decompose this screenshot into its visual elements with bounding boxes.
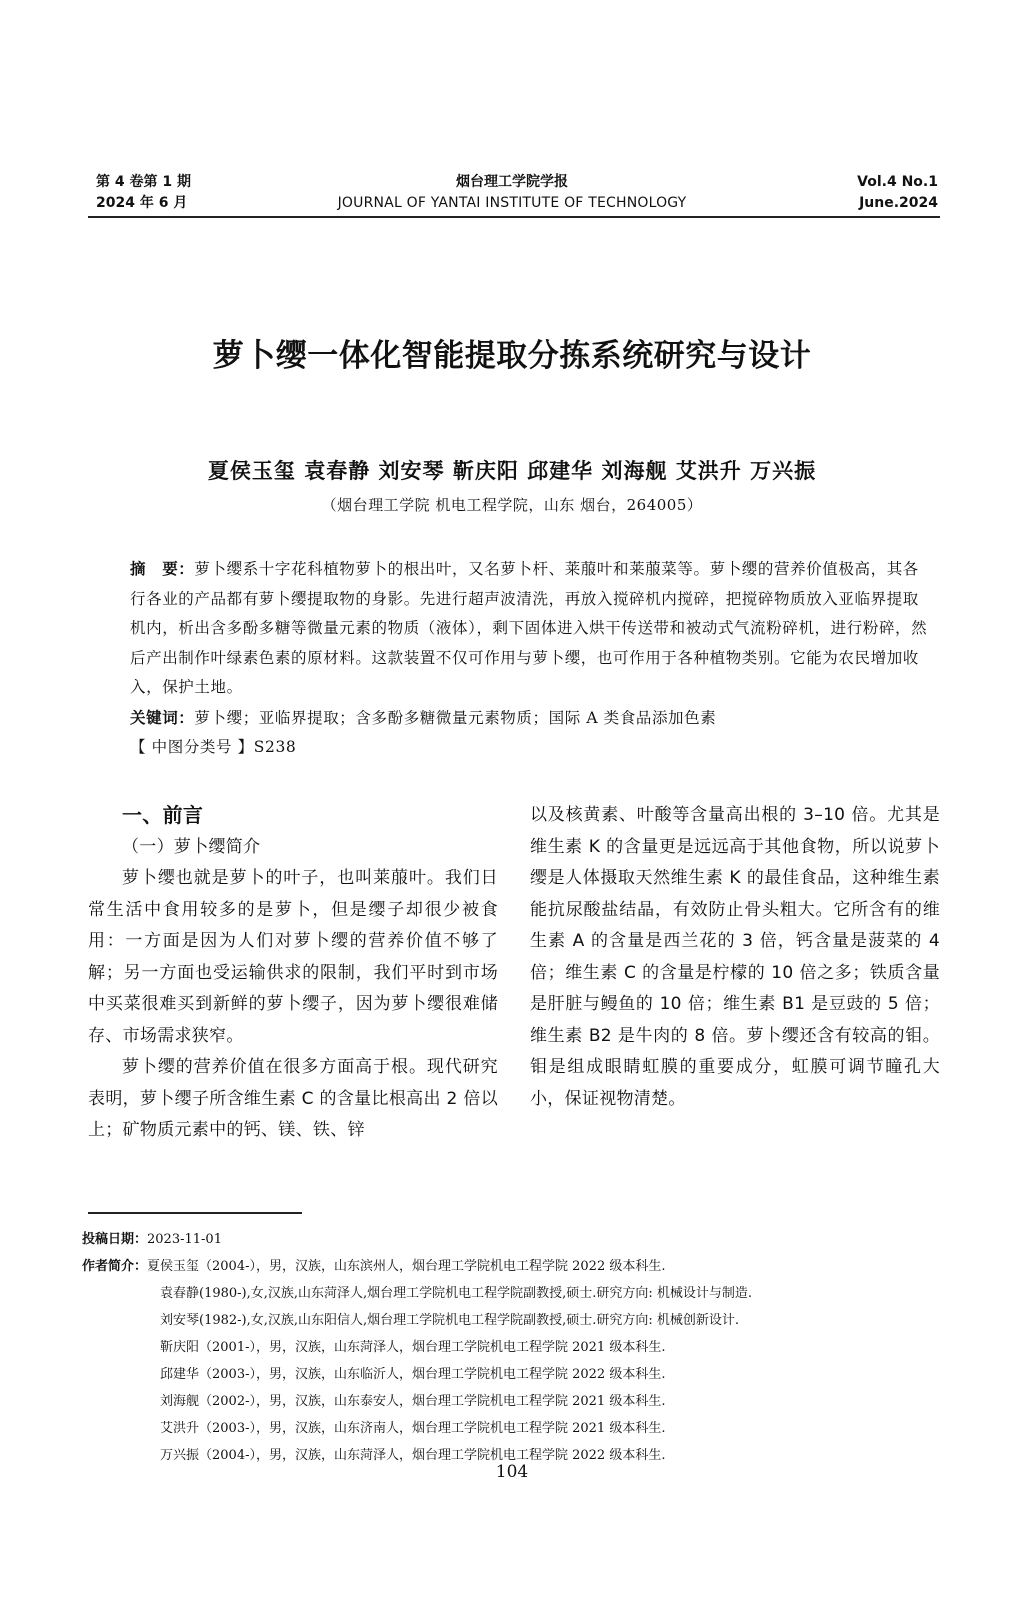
body-column-right: 以及核黄素、叶酸等含量高出根的 3–10 倍。尤其是维生素 K 的含量更是远远高…	[530, 800, 940, 1115]
header-right: Vol.4 No.1 June.2024	[857, 172, 938, 214]
keywords-label: 关键词：	[130, 708, 194, 727]
journal-name-cn: 烟台理工学院学报	[300, 172, 724, 193]
abstract-text: 萝卜缨系十字花科植物萝卜的根出叶，又名萝卜杆、莱菔叶和莱菔菜等。萝卜缨的营养价值…	[130, 560, 927, 696]
bio-entry: 刘海舰（2002-），男，汉族，山东泰安人，烟台理工学院机电工程学院 2021 …	[82, 1388, 962, 1415]
header-date-en: June.2024	[857, 193, 938, 214]
header-volume-en: Vol.4 No.1	[857, 172, 938, 193]
body-paragraph-continued: 以及核黄素、叶酸等含量高出根的 3–10 倍。尤其是维生素 K 的含量更是远远高…	[530, 800, 940, 1115]
bio-label: 作者简介：	[82, 1259, 147, 1274]
author-list: 夏侯玉玺 袁春静 刘安琴 靳庆阳 邱建华 刘海舰 艾洪升 万兴振	[0, 455, 1024, 485]
header-volume-cn: 第 4 卷第 1 期	[96, 172, 191, 193]
received-date: 投稿日期：2023-11-01	[82, 1226, 962, 1253]
bio-entry: 袁春静(1980-),女,汉族,山东菏泽人,烟台理工学院机电工程学院副教授,硕士…	[82, 1280, 962, 1307]
bio-entry: 艾洪升（2003-），男，汉族，山东济南人，烟台理工学院机电工程学院 2021 …	[82, 1415, 962, 1442]
abstract: 摘 要：萝卜缨系十字花科植物萝卜的根出叶，又名萝卜杆、莱菔叶和莱菔菜等。萝卜缨的…	[130, 554, 930, 703]
clc-value: S238	[254, 738, 297, 756]
page-number: 104	[0, 1462, 1024, 1482]
section-heading: 一、前言	[88, 800, 498, 832]
abstract-label: 摘 要：	[130, 559, 194, 578]
bio-entry: 夏侯玉玺（2004-），男，汉族，山东滨州人，烟台理工学院机电工程学院 2022…	[147, 1259, 665, 1274]
received-label: 投稿日期：	[82, 1232, 147, 1247]
header-rule	[88, 216, 940, 218]
footnotes: 投稿日期：2023-11-01 作者简介：夏侯玉玺（2004-），男，汉族，山东…	[82, 1226, 962, 1469]
clc-label: 【 中图分类号 】	[130, 738, 254, 756]
footnote-rule	[88, 1212, 302, 1214]
keywords: 关键词：萝卜缨；亚临界提取；含多酚多糖微量元素物质；国际 A 类食品添加色素	[130, 703, 930, 734]
bio-entry: 邱建华（2003-），男，汉族，山东临沂人，烟台理工学院机电工程学院 2022 …	[82, 1361, 962, 1388]
header-date-cn: 2024 年 6 月	[96, 193, 191, 214]
bio-entry: 靳庆阳（2001-），男，汉族，山东菏泽人，烟台理工学院机电工程学院 2021 …	[82, 1334, 962, 1361]
header-left: 第 4 卷第 1 期 2024 年 6 月	[96, 172, 191, 214]
keywords-text: 萝卜缨；亚临界提取；含多酚多糖微量元素物质；国际 A 类食品添加色素	[194, 709, 716, 727]
journal-name-en: JOURNAL OF YANTAI INSTITUTE OF TECHNOLOG…	[300, 193, 724, 214]
abstract-block: 摘 要：萝卜缨系十字花科植物萝卜的根出叶，又名萝卜杆、莱菔叶和莱菔菜等。萝卜缨的…	[130, 554, 930, 763]
affiliation: （烟台理工学院 机电工程学院，山东 烟台，264005）	[0, 494, 1024, 515]
classification: 【 中图分类号 】S238	[130, 733, 930, 763]
paper-title: 萝卜缨一体化智能提取分拣系统研究与设计	[0, 330, 1024, 375]
author-bio: 作者简介：夏侯玉玺（2004-），男，汉族，山东滨州人，烟台理工学院机电工程学院…	[82, 1253, 962, 1280]
body-paragraph: 萝卜缨也就是萝卜的叶子，也叫莱菔叶。我们日常生活中食用较多的是萝卜，但是缨子却很…	[88, 863, 498, 1052]
subsection-heading: （一）萝卜缨简介	[88, 832, 498, 864]
bio-entry: 刘安琴(1982-),女,汉族,山东阳信人,烟台理工学院机电工程学院副教授,硕士…	[82, 1307, 962, 1334]
received-value: 2023-11-01	[147, 1232, 222, 1247]
header-center: 烟台理工学院学报 JOURNAL OF YANTAI INSTITUTE OF …	[300, 172, 724, 214]
body-column-left: 一、前言 （一）萝卜缨简介 萝卜缨也就是萝卜的叶子，也叫莱菔叶。我们日常生活中食…	[88, 800, 498, 1147]
body-paragraph: 萝卜缨的营养价值在很多方面高于根。现代研究表明，萝卜缨子所含维生素 C 的含量比…	[88, 1052, 498, 1147]
